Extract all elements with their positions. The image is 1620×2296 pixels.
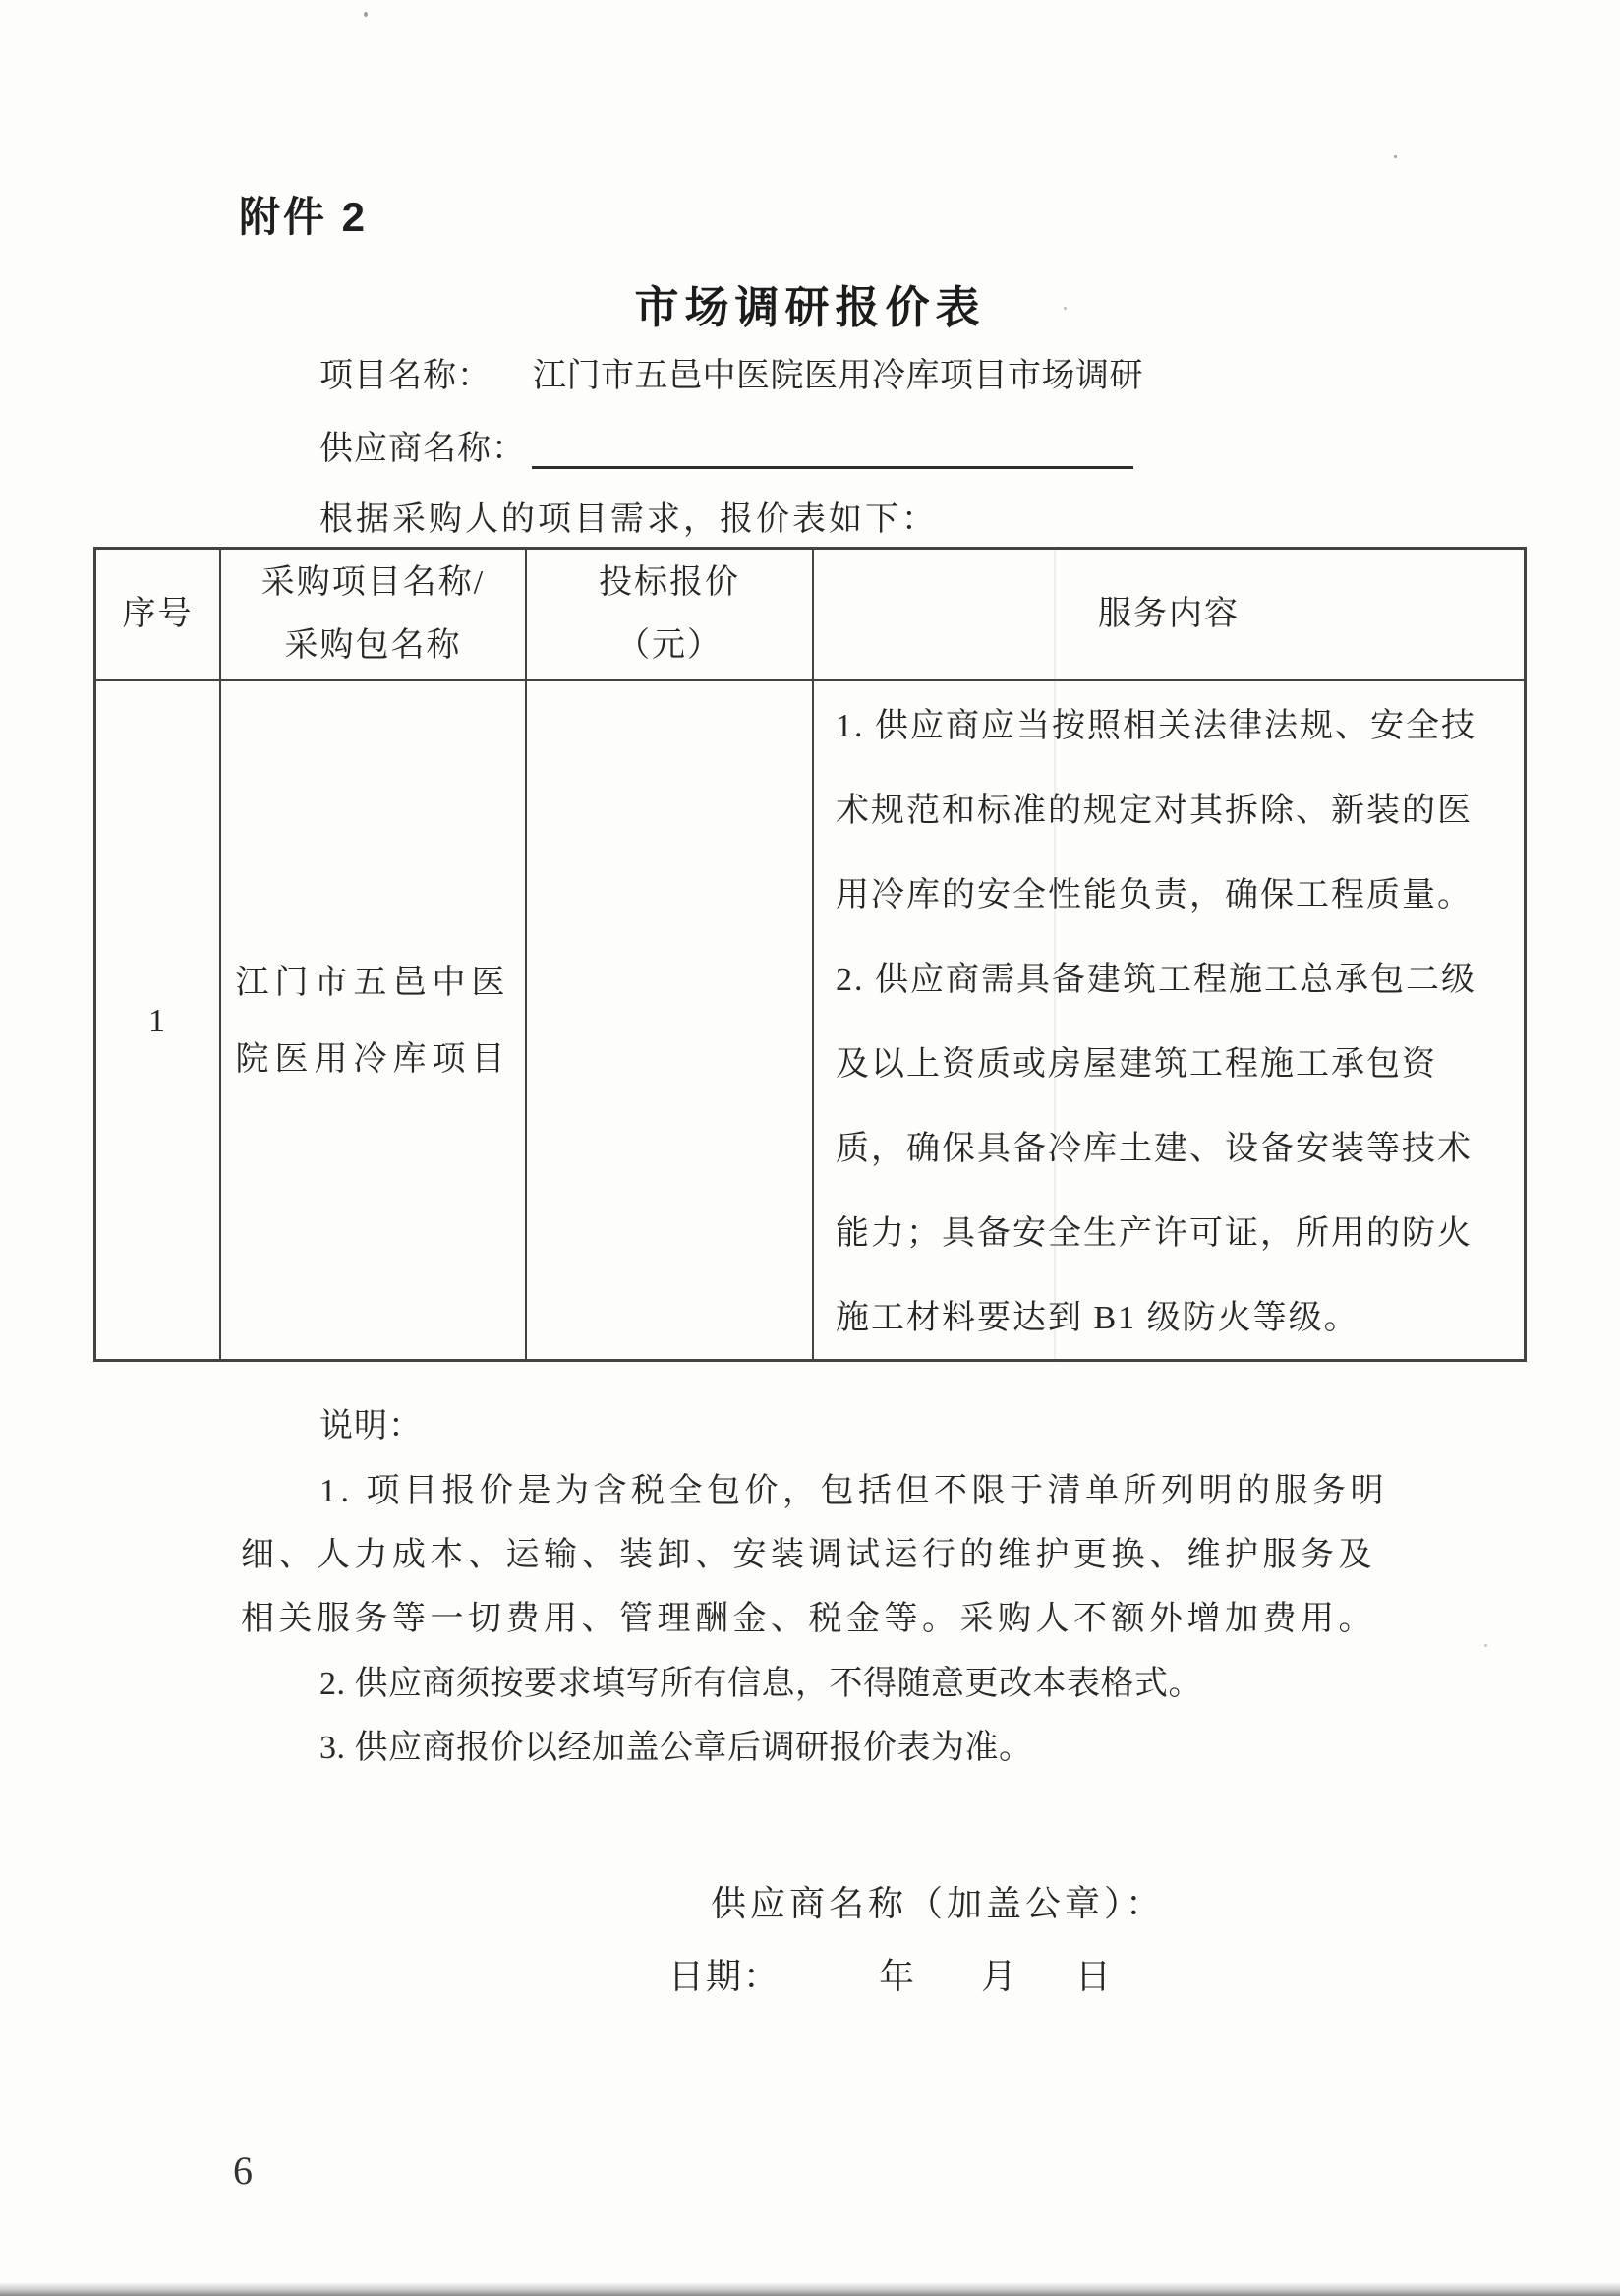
scan-edge-shadow <box>0 2282 1620 2296</box>
project-name-value: 江门市五邑中医院医用冷库项目市场调研 <box>533 358 1143 394</box>
note-line-1: 1. 项目报价是为含税全包价，包括但不限于清单所列明的服务明 <box>319 1463 1388 1511</box>
page-title: 市场调研报价表 <box>0 271 1620 335</box>
row-cell-price <box>527 681 814 1361</box>
row-cell-index: 1 <box>96 681 221 1361</box>
row-name-line1: 江门市五邑中医 <box>236 945 511 1022</box>
scan-speck <box>364 12 368 17</box>
supplier-name-label: 供应商名称： <box>319 431 526 467</box>
note-line-2: 细、人力成本、运输、装卸、安装调试运行的维护更换、维护服务及 <box>241 1527 1376 1575</box>
note-line-4: 2. 供应商须按要求填写所有信息，不得随意更改本表格式。 <box>319 1656 1202 1704</box>
notes-heading: 说明： <box>319 1398 423 1446</box>
header-cell-name: 采购项目名称/ 采购包名称 <box>221 550 527 681</box>
header-price-line2: （元） <box>616 615 723 677</box>
scanned-document-page: 附件 2 市场调研报价表 项目名称：江门市五邑中医院医用冷库项目市场调研 供应商… <box>0 0 1620 2296</box>
service-line: 及以上资质或房屋建筑工程施工承包资 <box>836 1023 1512 1107</box>
intro-line: 根据采购人的项目需求，报价表如下： <box>319 492 938 540</box>
header-index-label: 序号 <box>123 583 194 646</box>
scan-speck <box>1064 307 1067 310</box>
project-name-line: 项目名称：江门市五邑中医院医用冷库项目市场调研 <box>319 348 1143 396</box>
header-price-line1: 投标报价 <box>599 552 740 615</box>
service-line: 能力；具备安全生产许可证，所用的防火 <box>836 1192 1512 1276</box>
service-line: 质，确保具备冷库土建、设备安装等技术 <box>836 1107 1512 1192</box>
service-line: 用冷库的安全性能负责，确保工程质量。 <box>836 854 1512 938</box>
project-name-label: 项目名称： <box>319 358 492 394</box>
scan-speck <box>1484 1644 1487 1647</box>
row-index-value: 1 <box>148 1003 167 1040</box>
header-cell-index: 序号 <box>96 550 221 681</box>
header-cell-price: 投标报价 （元） <box>527 550 814 681</box>
supplier-name-line: 供应商名称： <box>319 421 1133 469</box>
note-line-5: 3. 供应商报价以经加盖公章后调研报价表为准。 <box>319 1720 1033 1768</box>
header-service-label: 服务内容 <box>1098 583 1240 646</box>
service-line: 施工材料要达到 B1 级防火等级。 <box>836 1276 1512 1361</box>
page-number: 6 <box>233 2148 253 2194</box>
year-label: 年 <box>879 1957 916 1996</box>
service-line: 术规范和标准的规定对其拆除、新装的医 <box>836 769 1512 854</box>
day-label: 日 <box>1075 1957 1113 1996</box>
quotation-table: 序号 采购项目名称/ 采购包名称 投标报价 （元） 服务内容 1 江门市五邑中医… <box>93 547 1527 1362</box>
signature-date-line: 日期：年月日 <box>668 1949 1113 1999</box>
signature-supplier-label: 供应商名称（加盖公章）： <box>711 1876 1165 1926</box>
row-name-line2: 院医用冷库项目 <box>236 1022 511 1098</box>
service-line: 1. 供应商应当按照相关法律法规、安全技 <box>836 684 1512 769</box>
month-label: 月 <box>981 1957 1018 1996</box>
note-line-3: 相关服务等一切费用、管理酬金、税金等。采购人不额外增加费用。 <box>241 1591 1376 1639</box>
scan-fold-artifact <box>1054 547 1056 1362</box>
row-cell-name: 江门市五邑中医 院医用冷库项目 <box>221 681 527 1361</box>
row-cell-service: 1. 供应商应当按照相关法律法规、安全技 术规范和标准的规定对其拆除、新装的医 … <box>814 681 1524 1361</box>
header-cell-service: 服务内容 <box>814 550 1524 681</box>
header-name-line2: 采购包名称 <box>285 615 462 677</box>
scan-speck <box>1394 155 1397 158</box>
attachment-label: 附件 2 <box>239 185 368 244</box>
date-label: 日期： <box>668 1957 781 1996</box>
header-name-line1: 采购项目名称/ <box>261 552 485 615</box>
supplier-name-blank-line <box>532 434 1133 469</box>
service-line: 2. 供应商需具备建筑工程施工总承包二级 <box>836 938 1512 1023</box>
